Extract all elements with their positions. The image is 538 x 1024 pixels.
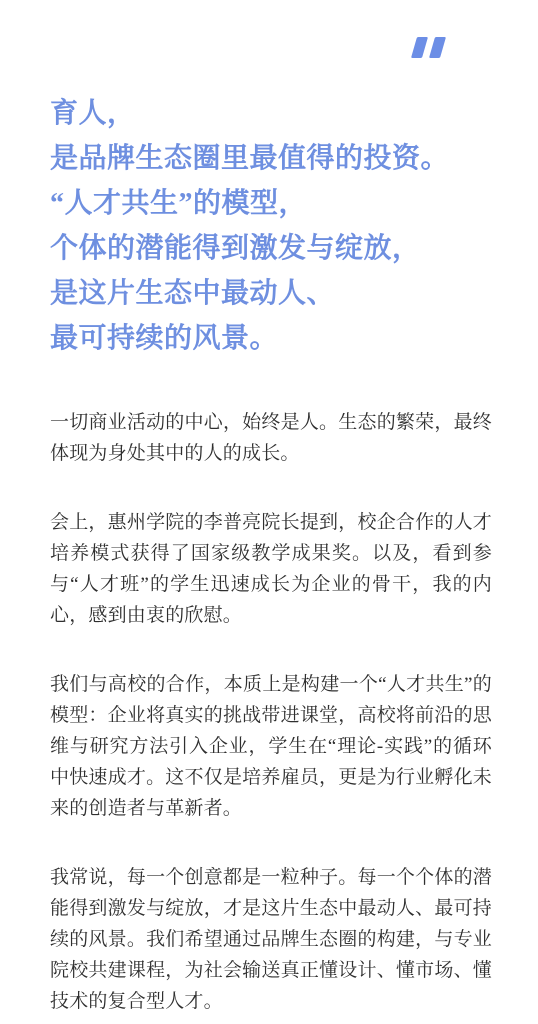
double-quote-icon [414,37,443,58]
article-page: 育人， 是品牌生态圈里最值得的投资。 “人才共生”的模型， 个体的潜能得到激发与… [0,0,538,1024]
quote-bar [411,37,428,58]
article-content: 育人， 是品牌生态圈里最值得的投资。 “人才共生”的模型， 个体的潜能得到激发与… [0,0,538,1017]
paragraph: 会上，惠州学院的李普亮院长提到，校企合作的人才培养模式获得了国家级教学成果奖。以… [50,507,492,631]
pull-quote-line: 最可持续的风景。 [50,316,492,361]
pull-quote-line: “人才共生”的模型， [50,181,492,226]
paragraph: 一切商业活动的中心，始终是人。生态的繁荣，最终体现为身处其中的人的成长。 [50,407,492,469]
paragraph: 我常说，每一个创意都是一粒种子。每一个个体的潜能得到激发与绽放，才是这片生态中最… [50,862,492,1017]
pull-quote-line: 个体的潜能得到激发与绽放， [50,226,492,271]
pull-quote-line: 是这片生态中最动人、 [50,271,492,316]
paragraph: 我们与高校的合作，本质上是构建一个“人才共生”的模型：企业将真实的挑战带进课堂，… [50,669,492,824]
pull-quote-line: 是品牌生态圈里最值得的投资。 [50,136,492,181]
article-body: 一切商业活动的中心，始终是人。生态的繁荣，最终体现为身处其中的人的成长。 会上，… [50,407,492,1017]
pull-quote-line: 育人， [50,91,492,136]
